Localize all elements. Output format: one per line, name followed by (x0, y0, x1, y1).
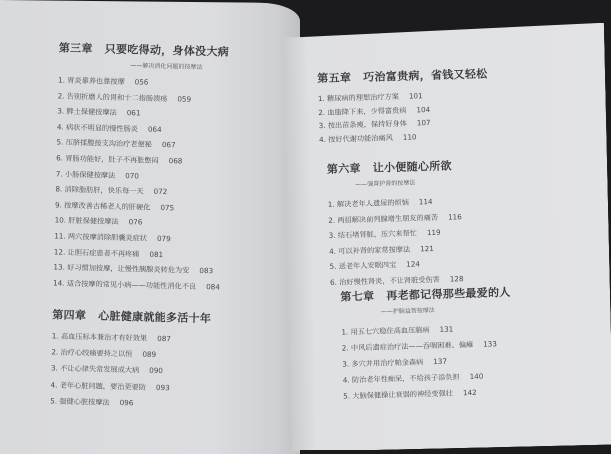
toc-entry-title: 3. 按出苗条瘦，保持好身体 (319, 119, 407, 130)
chapter-title: 再老都记得那些最爱的人 (386, 286, 511, 302)
toc-entry-title: 1. 解决老年人遗尿的烦恼 (328, 198, 409, 209)
toc-page-number: 119 (427, 228, 441, 237)
toc-page-number: 131 (439, 324, 453, 333)
toc-entry-title: 5. 大脑保健操让衰弱的神经变强壮 (343, 389, 453, 401)
toc-entry-title: 4. 防治老年性痴呆，不给孩子添负担 (343, 372, 460, 384)
toc-page-number: 137 (433, 357, 447, 366)
chapter-heading: 第五章巧治富贵病，省钱又轻松 (317, 65, 488, 86)
right-page-contents: 第五章巧治富贵病，省钱又轻松 1. 糖尿病的理想治疗方案1012. 血脂降下来，… (0, 0, 611, 454)
chapter-number: 第五章 (317, 71, 351, 85)
toc-page-number: 116 (448, 212, 462, 221)
toc-page-number: 142 (463, 388, 477, 397)
toc-page-number: 114 (419, 197, 433, 206)
chapter-subtitle: ——护脑益智按摩法 (381, 303, 511, 316)
chapter-5: 第五章巧治富贵病，省钱又轻松 1. 糖尿病的理想治疗方案1012. 血脂降下来，… (317, 65, 489, 149)
toc-entry: 5. 大脑保健操让衰弱的神经变强壮142 (343, 388, 514, 409)
chapter-subtitle: ——强肾护肾的按摩法 (355, 176, 461, 188)
toc-entry-title: 4. 可以补肾的家常按摩法 (329, 244, 410, 255)
chapter-heading: 第六章让小便随心所欲 (327, 157, 461, 177)
toc-entry-title: 1. 糖尿病的理想治疗方案 (318, 92, 399, 103)
toc-page-number: 140 (470, 372, 484, 381)
toc-page-number: 101 (409, 91, 423, 100)
toc-entry-title: 1. 用五七穴稳住高血压脑病 (341, 325, 429, 336)
toc-entry-title: 2. 血脂降下来，少得富贵病 (318, 105, 406, 116)
toc-entry: 4. 按好代谢功能治痛风110 (319, 131, 490, 149)
toc-page-number: 133 (483, 339, 497, 348)
chapter-number: 第七章 (340, 290, 374, 304)
toc-entry-title: 5. 送老年人安眠四宝 (329, 260, 396, 271)
toc-page-number: 128 (450, 274, 464, 283)
toc-page-number: 110 (403, 132, 417, 141)
table-surface (300, 450, 611, 454)
chapter-title: 让小便随心所欲 (373, 159, 452, 174)
toc-entry-title: 2. 两招解决前列腺增生朋友的痛苦 (328, 212, 438, 224)
chapter-title: 巧治富贵病，省钱又轻松 (363, 67, 488, 83)
toc-page-number: 124 (406, 259, 420, 268)
toc-entry-title: 3. 多穴并用治疗帕金森病 (342, 357, 423, 368)
toc-entry-title: 6. 治好慢性肾炎，不让肾脏受伤害 (330, 274, 440, 286)
chapter-6: 第六章让小便随心所欲 ——强肾护肾的按摩法 1. 解决老年人遗尿的烦恼1142.… (327, 157, 464, 294)
toc-page-number: 107 (417, 118, 431, 127)
toc-entry-title: 4. 按好代谢功能治痛风 (319, 133, 393, 144)
toc-page-number: 121 (420, 243, 434, 252)
chapter-7: 第七章再老都记得那些最爱的人 ——护脑益智按摩法 1. 用五七穴稳住高血压脑病1… (340, 284, 514, 409)
toc-page-number: 104 (416, 105, 430, 114)
chapter-number: 第六章 (327, 162, 361, 176)
toc-entry-title: 3. 结石堵肾脏，压穴来帮忙 (329, 228, 417, 239)
chapter-heading: 第七章再老都记得那些最爱的人 (340, 284, 511, 305)
